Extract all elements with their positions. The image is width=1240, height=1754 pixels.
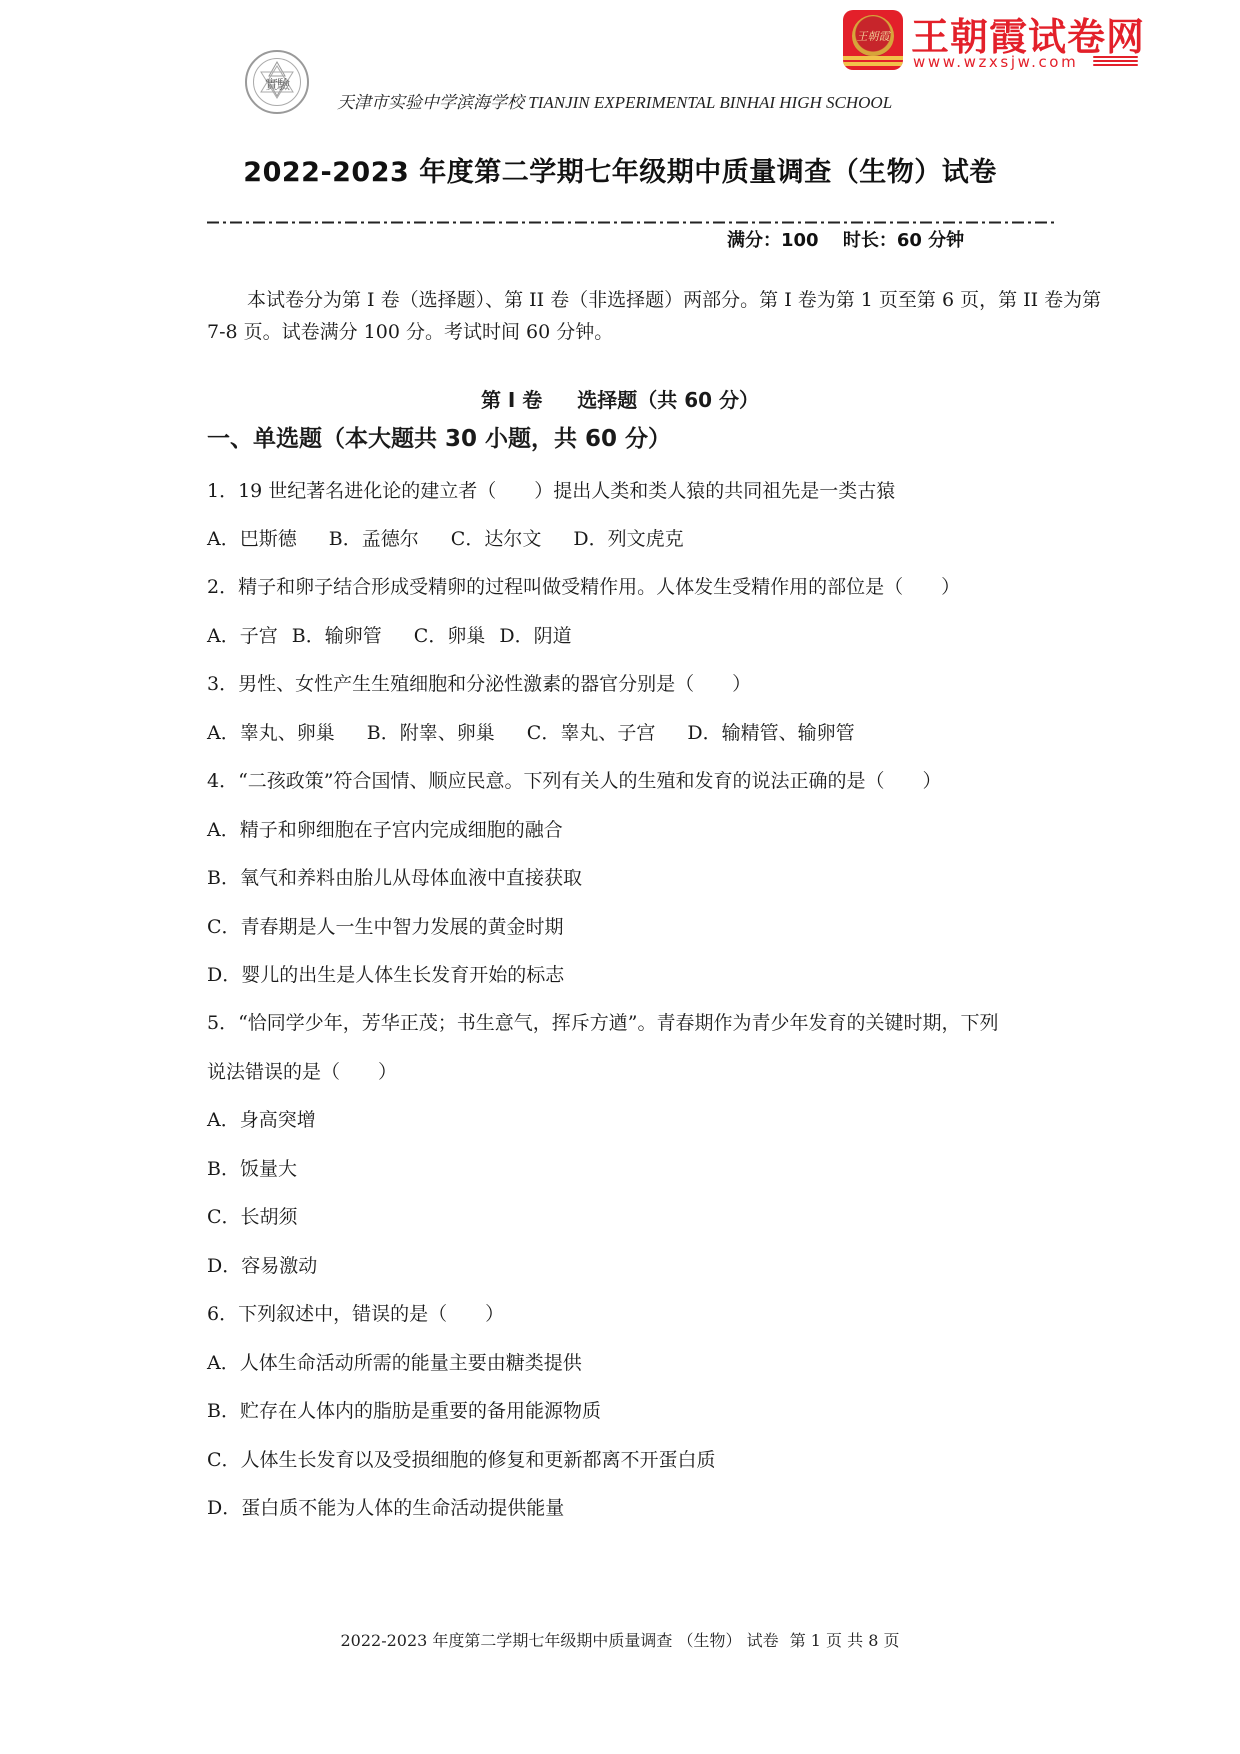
school-emblem-text: 實驗 (265, 74, 289, 93)
option-b: B．孟德尔 (329, 528, 419, 550)
badge-text: 王朝霞 (852, 28, 894, 44)
part-title: 一、单选题（本大题共 30 小题，共 60 分） (207, 420, 671, 453)
question-4-stem: 4．“二孩政策”符合国情、顺应民意。下列有关人的生殖和发育的说法正确的是（ ） (207, 766, 1117, 793)
page-footer: 2022-2023 年度第二学期七年级期中质量调查 （生物） 试卷 第 1 页 … (0, 1628, 1240, 1651)
option-a: A．子宫 (207, 625, 278, 647)
section-heading: 第 I 卷 选择题（共 60 分） (0, 384, 1240, 413)
option-d: D．阴道 (499, 625, 571, 647)
question-4-option-d: D．婴儿的出生是人体生长发育开始的标志 (207, 960, 1117, 987)
question-5-stem-line2: 说法错误的是（ ） (207, 1057, 1117, 1084)
question-6-option-b: B．贮存在人体内的脂肪是重要的备用能源物质 (207, 1396, 1117, 1423)
question-2-stem: 2．精子和卵子结合形成受精卵的过程叫做受精作用。人体发生受精作用的部位是（ ） (207, 572, 1117, 599)
duration: 时长：60 分钟 (843, 230, 964, 251)
section-name: 选择题（共 60 分） (577, 388, 759, 412)
question-2-options: A．子宫 B．输卵管 C．卵巢 D．阴道 (207, 621, 1117, 648)
question-5-option-a: A．身高突增 (207, 1105, 1117, 1132)
question-5-stem-line1: 5．“恰同学少年，芳华正茂；书生意气，挥斥方遒”。青春期作为青少年发育的关键时期… (207, 1008, 1117, 1035)
question-5-option-b: B．饭量大 (207, 1154, 1117, 1181)
question-6-option-a: A．人体生命活动所需的能量主要由糖类提供 (207, 1348, 1117, 1375)
volume-label: 第 I 卷 (481, 388, 542, 412)
question-4-option-c: C．青春期是人一生中智力发展的黄金时期 (207, 912, 1117, 939)
option-c: C．达尔文 (451, 528, 542, 550)
option-a: A．睾丸、卵巢 (207, 722, 335, 744)
page-number: 第 1 页 共 8 页 (790, 1631, 900, 1650)
question-1-options: A．巴斯德 B．孟德尔 C．达尔文 D．列文虎克 (207, 524, 1117, 551)
option-c: C．卵巢 (414, 625, 486, 647)
option-b: B．输卵管 (292, 625, 382, 647)
footer-title: 2022-2023 年度第二学期七年级期中质量调查 （生物） 试卷 (341, 1631, 779, 1650)
question-5-option-d: D．容易激动 (207, 1251, 1117, 1278)
question-6-option-d: D．蛋白质不能为人体的生命活动提供能量 (207, 1493, 1117, 1520)
divider-line (207, 221, 1055, 224)
option-b: B．附睾、卵巢 (367, 722, 495, 744)
brand-badge-icon: 王朝霞 (843, 10, 903, 70)
question-6-option-c: C．人体生长发育以及受损细胞的修复和更新都离不开蛋白质 (207, 1445, 1117, 1472)
school-emblem-icon: 實驗 (245, 50, 309, 114)
option-c: C．睾丸、子宫 (527, 722, 656, 744)
intro-paragraph: 本试卷分为第 I 卷（选择题）、第 II 卷（非选择题）两部分。第 I 卷为第 … (207, 284, 1117, 348)
question-4-option-b: B．氧气和养料由胎儿从母体血液中直接获取 (207, 863, 1117, 890)
exam-title: 2022-2023 年度第二学期七年级期中质量调查（生物）试卷 (0, 150, 1240, 189)
question-4-option-a: A．精子和卵细胞在子宫内完成细胞的融合 (207, 815, 1117, 842)
full-score: 满分：100 (727, 230, 819, 251)
option-d: D．输精管、输卵管 (687, 722, 854, 744)
watermark-logo: 王朝霞 王朝霞试卷网 www.wzxsjw.com (843, 10, 1163, 70)
question-5-option-c: C．长胡须 (207, 1202, 1117, 1229)
option-d: D．列文虎克 (573, 528, 683, 550)
question-3-options: A．睾丸、卵巢 B．附睾、卵巢 C．睾丸、子宫 D．输精管、输卵管 (207, 718, 1117, 745)
wave-icon (1093, 56, 1138, 68)
option-a: A．巴斯德 (207, 528, 297, 550)
school-name: 天津市实验中学滨海学校 TIANJIN EXPERIMENTAL BINHAI … (337, 88, 892, 113)
question-1-stem: 1．19 世纪著名进化论的建立者（ ）提出人类和类人猿的共同祖先是一类古猿 (207, 476, 1117, 503)
question-6-stem: 6．下列叙述中，错误的是（ ） (207, 1299, 1117, 1326)
question-3-stem: 3．男性、女性产生生殖细胞和分泌性激素的器官分别是（ ） (207, 669, 1117, 696)
brand-url: www.wzxsjw.com (913, 53, 1078, 71)
exam-meta: 满分：100 时长：60 分钟 (727, 226, 982, 252)
